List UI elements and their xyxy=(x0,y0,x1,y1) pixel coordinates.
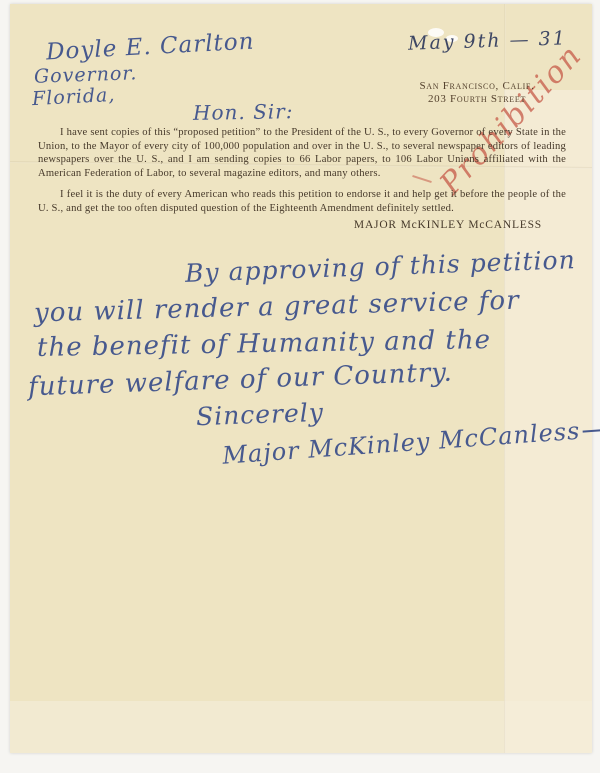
signature-flourish xyxy=(582,428,600,432)
handwritten-note-line-3: the benefit of Humanity and the xyxy=(37,325,491,363)
recipient-title-handwriting: Governor. xyxy=(34,62,138,88)
handwritten-note-line-2: you will render a great service for xyxy=(34,286,520,329)
typed-paragraph-1: I have sent copies of this “proposed pet… xyxy=(38,126,566,180)
letterhead: San Francisco, Calif. 203 Fourth Street xyxy=(402,80,552,106)
letterhead-city: San Francisco, Calif. xyxy=(402,80,552,93)
letterhead-street: 203 Fourth Street xyxy=(402,93,552,106)
date-annotation: May 9th — 31 xyxy=(408,27,567,55)
handwritten-note-line-4: future welfare of our Country. xyxy=(28,358,454,403)
handwritten-note-line-1: By approving of this petition xyxy=(185,245,577,288)
letter-page: Doyle E. Carlton Governor. Florida, May … xyxy=(10,4,592,753)
salutation-handwriting: Hon. Sir: xyxy=(193,99,294,125)
paper-fold-shade-bottom xyxy=(10,701,592,753)
typed-paragraph-2: I feel it is the duty of every American … xyxy=(38,188,566,215)
recipient-state-handwriting: Florida, xyxy=(31,84,115,110)
recipient-name-handwriting: Doyle E. Carlton xyxy=(45,29,255,66)
handwritten-closing: Sincerely xyxy=(196,398,325,431)
typed-signature: MAJOR McKINLEY McCANLESS xyxy=(38,219,542,231)
